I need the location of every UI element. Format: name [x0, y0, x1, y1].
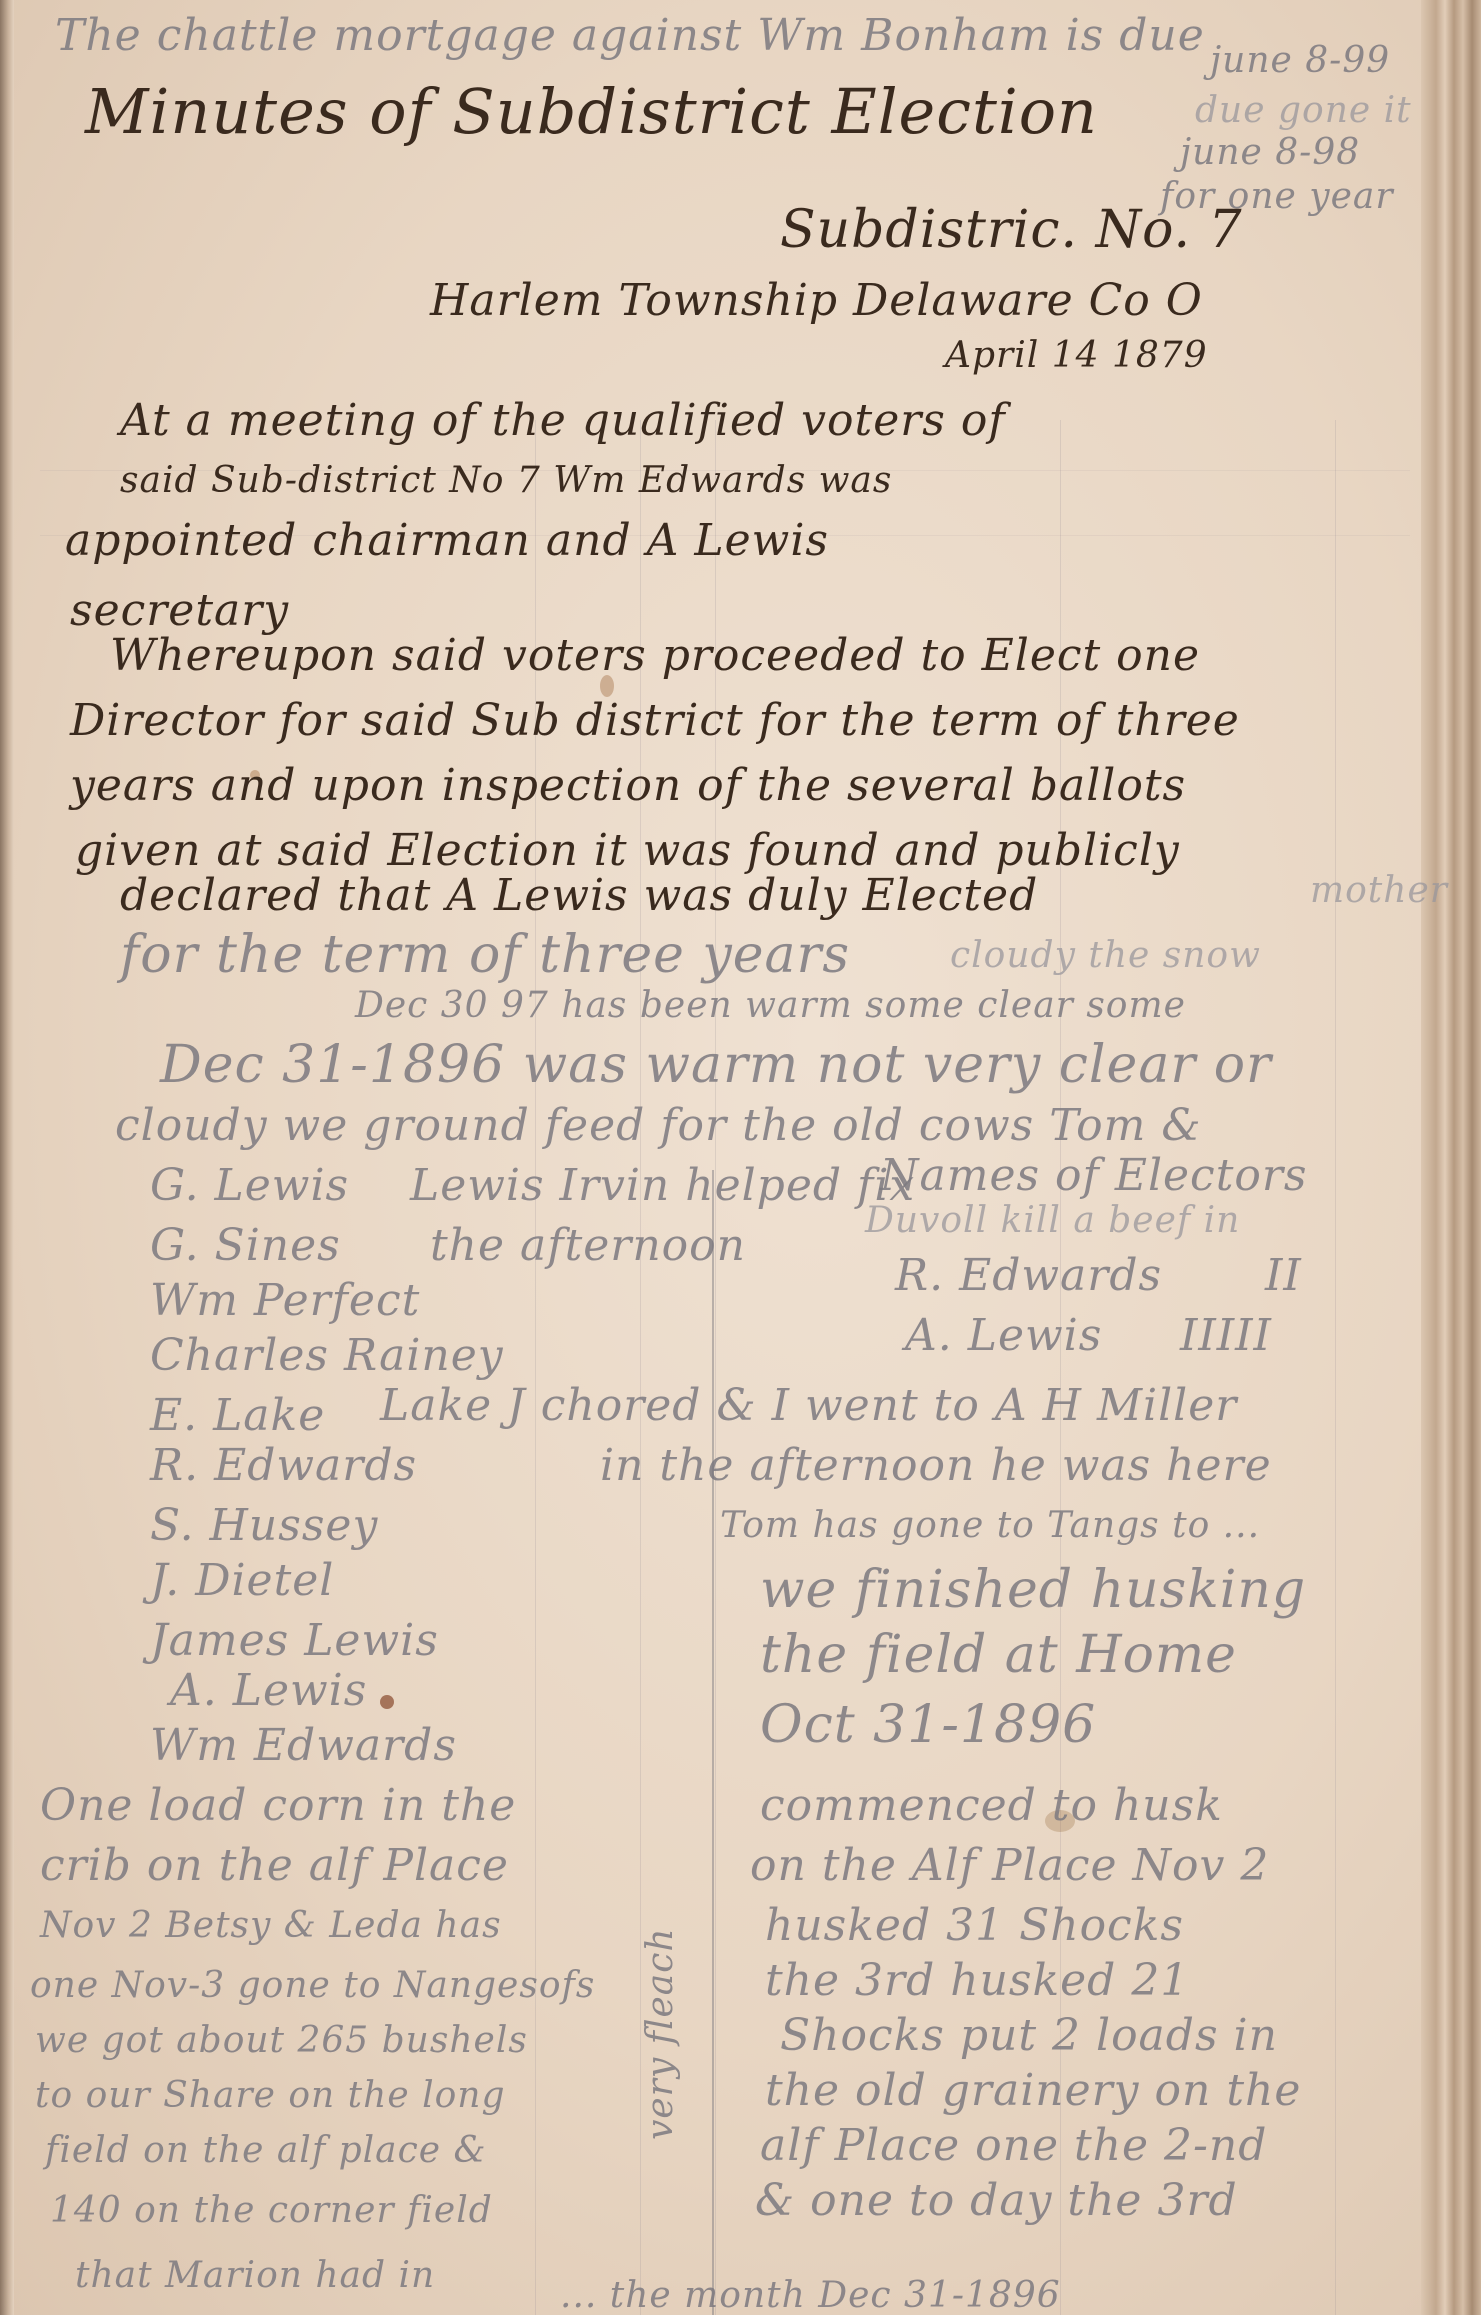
diary-entry: we finished husking	[760, 1560, 1306, 1620]
minutes-line: given at said Election it was found and …	[75, 825, 1180, 876]
ruling-line	[1335, 420, 1336, 2315]
elector-name: Wm Edwards	[150, 1720, 457, 1771]
corn-note-line: 140 on the corner field	[50, 2190, 493, 2231]
township-heading: Harlem Township Delaware Co O	[430, 275, 1203, 326]
corn-note-line: One load corn in the	[40, 1780, 516, 1831]
elector-name: S. Hussey	[150, 1500, 378, 1551]
diary-entry: the field at Home	[760, 1625, 1237, 1685]
elector-name: Charles Rainey	[150, 1330, 504, 1381]
minutes-line: secretary	[70, 585, 289, 636]
elector-name: J. Dietel	[150, 1555, 334, 1606]
book-spine	[1421, 0, 1481, 2315]
diary-entry: Dec 30 97 has been warm some clear some	[355, 985, 1186, 1026]
minutes-line: years and upon inspection of the several…	[70, 760, 1186, 811]
note-date-1: june 8-99	[1210, 40, 1390, 81]
tally-count: II	[1265, 1250, 1302, 1301]
ledger-page: The chattle mortgage against Wm Bonham i…	[0, 0, 1481, 2315]
corn-note-line: one Nov-3 gone to Nangesofs	[30, 1965, 595, 2006]
diary-entry: the afternoon	[430, 1220, 746, 1271]
vertical-note: very fleach	[640, 1927, 681, 2140]
diary-date: Oct 31-1896	[760, 1695, 1096, 1755]
diary-entry: Dec 31-1896 was warm not very clear or	[160, 1035, 1272, 1095]
page-title: Minutes of Subdistrict Election	[85, 75, 1098, 148]
minutes-line: At a meeting of the qualified voters of	[120, 395, 1006, 446]
diary-entry: in the afternoon he was here	[600, 1440, 1272, 1491]
corn-note-line: that Marion had in	[75, 2255, 435, 2296]
electors-heading: Names of Electors	[880, 1150, 1307, 1201]
diary-entry: Tom has gone to Tangs to ...	[720, 1505, 1260, 1546]
husking-note-line: alf Place one the 2-nd	[760, 2120, 1267, 2171]
page-left-edge	[0, 0, 14, 2315]
corn-note-line: Nov 2 Betsy & Leda has	[40, 1905, 502, 1946]
margin-note: mother	[1310, 870, 1448, 911]
husking-note-line: on the Alf Place Nov 2	[750, 1840, 1269, 1891]
diary-entry: Lewis Irvin helped fix	[410, 1160, 915, 1211]
husking-note-line: & one to day the 3rd	[755, 2175, 1238, 2226]
husking-note-line: the old grainery on the	[765, 2065, 1301, 2116]
elector-name: Wm Perfect	[150, 1275, 420, 1326]
elector-name: R. Edwards	[150, 1440, 417, 1491]
corn-note-line: field on the alf place &	[45, 2130, 487, 2171]
elector-name: E. Lake	[150, 1390, 325, 1441]
diary-overlay: Duvoll kill a beef in	[865, 1200, 1240, 1241]
tally-count: IIIII	[1180, 1310, 1272, 1361]
elector-name: James Lewis	[150, 1615, 439, 1666]
husking-note-line: husked 31 Shocks	[765, 1900, 1184, 1951]
chattel-mortgage-note: The chattle mortgage against Wm Bonham i…	[55, 10, 1205, 61]
ink-stain	[380, 1695, 394, 1709]
bottom-diary-line: ... the month Dec 31-1896	[560, 2275, 1061, 2315]
minutes-line: Whereupon said voters proceeded to Elect…	[110, 630, 1200, 681]
elector-name: G. Sines	[150, 1220, 341, 1271]
column-divider	[712, 1170, 714, 2315]
husking-note-line: the 3rd husked 21	[765, 1955, 1189, 2006]
husking-note-line: commenced to husk	[760, 1780, 1223, 1831]
corn-note-line: crib on the alf Place	[40, 1840, 509, 1891]
corn-note-line: to our Share on the long	[35, 2075, 505, 2116]
minutes-line: said Sub-district No 7 Wm Edwards was	[120, 460, 892, 501]
tally-name: A. Lewis	[905, 1310, 1102, 1361]
minutes-line: declared that A Lewis was duly Elected	[120, 870, 1038, 921]
minutes-date: April 14 1879	[945, 335, 1208, 376]
note-gone: due gone it	[1195, 90, 1412, 131]
tally-name: R. Edwards	[895, 1250, 1162, 1301]
term-line: for the term of three years	[120, 925, 850, 985]
diary-overlay: cloudy the snow	[950, 935, 1261, 976]
subdistrict-number: Subdistric. No. 7	[780, 200, 1243, 260]
minutes-line: Director for said Sub district for the t…	[70, 695, 1240, 746]
husking-note-line: Shocks put 2 loads in	[780, 2010, 1278, 2061]
note-date-2: june 8-98	[1180, 132, 1360, 173]
corn-note-line: we got about 265 bushels	[35, 2020, 528, 2061]
elector-name: A. Lewis	[170, 1665, 367, 1716]
elector-name: G. Lewis	[150, 1160, 349, 1211]
diary-entry: cloudy we ground feed for the old cows T…	[115, 1100, 1202, 1151]
minutes-line: appointed chairman and A Lewis	[65, 515, 829, 566]
diary-entry: Lake J chored & I went to A H Miller	[380, 1380, 1237, 1431]
